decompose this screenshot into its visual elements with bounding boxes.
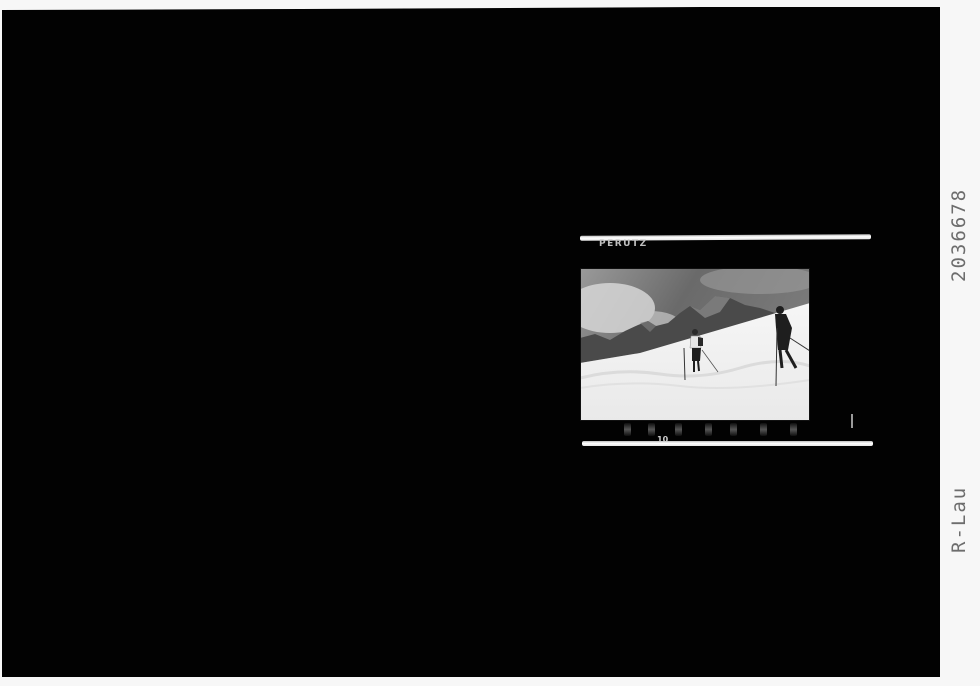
mountain-ski-scene [580,268,810,421]
archive-number-label: 2036678 [948,188,970,282]
negative-frame-photo [580,268,810,421]
film-perforations [620,421,820,437]
film-strip-bottom-edge [582,441,873,446]
frame-number: 10 [657,435,668,444]
film-edge-mark [851,414,853,428]
film-brand-label: PERUTZ [599,239,648,249]
location-code-label: R-Lau [948,486,970,553]
